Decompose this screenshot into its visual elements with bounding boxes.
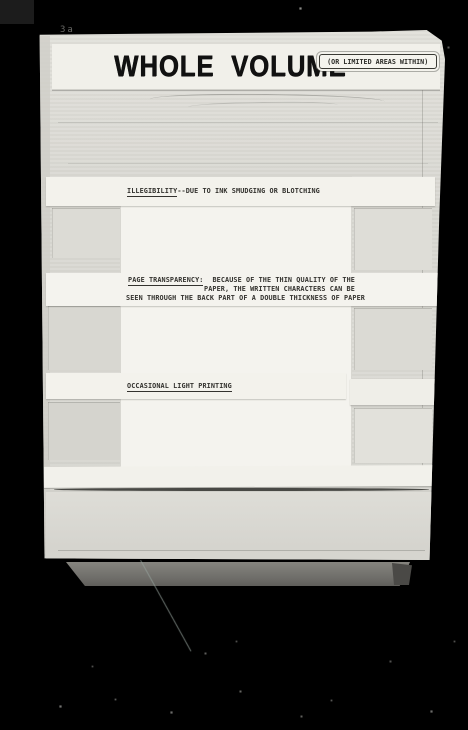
tape-patch bbox=[48, 306, 120, 370]
note-transparency-line1: PAGE TRANSPARENCY:BECAUSE OF THE THIN QU… bbox=[128, 276, 355, 285]
note-illegibility-text: --DUE TO INK SMUDGING OR BLOTCHING bbox=[177, 187, 320, 195]
tape-patch bbox=[52, 208, 120, 258]
note-illegibility-strip: ILLEGIBILITY--DUE TO INK SMUDGING OR BLO… bbox=[46, 177, 435, 206]
limited-areas-label: (OR LIMITED AREAS WITHIN) bbox=[327, 58, 428, 66]
note-light-printing: OCCASIONAL LIGHT PRINTING bbox=[127, 382, 232, 391]
note-light-printing-label: OCCASIONAL LIGHT PRINTING bbox=[127, 382, 232, 392]
note-illegibility: ILLEGIBILITY--DUE TO INK SMUDGING OR BLO… bbox=[127, 187, 320, 196]
bottom-shadow-line bbox=[54, 488, 429, 491]
limited-areas-box: (OR LIMITED AREAS WITHIN) bbox=[319, 54, 437, 69]
frame-number: 3a bbox=[60, 25, 75, 35]
note-transparency-strip: PAGE TRANSPARENCY:BECAUSE OF THE THIN QU… bbox=[46, 273, 439, 306]
tape-patch bbox=[354, 408, 432, 463]
table-edge-shadow bbox=[392, 563, 412, 585]
tape-strip-right bbox=[350, 379, 439, 405]
header-strip: WHOLE VOLUME (OR LIMITED AREAS WITHIN) bbox=[52, 44, 440, 90]
table-edge-strip bbox=[66, 562, 410, 586]
bottom-white-strip bbox=[44, 465, 437, 488]
target-sheet: WHOLE VOLUME (OR LIMITED AREAS WITHIN) I… bbox=[38, 30, 445, 560]
tape-patch bbox=[48, 402, 120, 460]
note-illegibility-label: ILLEGIBILITY bbox=[127, 187, 177, 197]
dust-speckles bbox=[0, 0, 1, 1]
note-transparency-line3: SEEN THROUGH THE BACK PART OF A DOUBLE T… bbox=[126, 294, 365, 303]
page-title: WHOLE VOLUME bbox=[114, 52, 346, 82]
note-transparency-line2: PAPER, THE WRITTEN CHARACTERS CAN BE bbox=[204, 285, 355, 294]
corner-shade bbox=[0, 0, 34, 24]
note-light-printing-strip: OCCASIONAL LIGHT PRINTING bbox=[46, 373, 346, 399]
note-transparency-text1: BECAUSE OF THE THIN QUALITY OF THE bbox=[212, 276, 355, 284]
note-transparency-label: PAGE TRANSPARENCY: bbox=[128, 276, 203, 286]
crease-line bbox=[58, 550, 425, 551]
microfilm-photo-frame: 3a WHOLE VOLUME (OR LIMITED AREAS WITHIN… bbox=[0, 0, 468, 730]
tape-patch bbox=[354, 208, 432, 270]
central-white-panel bbox=[120, 176, 352, 468]
tape-patch bbox=[354, 308, 432, 370]
